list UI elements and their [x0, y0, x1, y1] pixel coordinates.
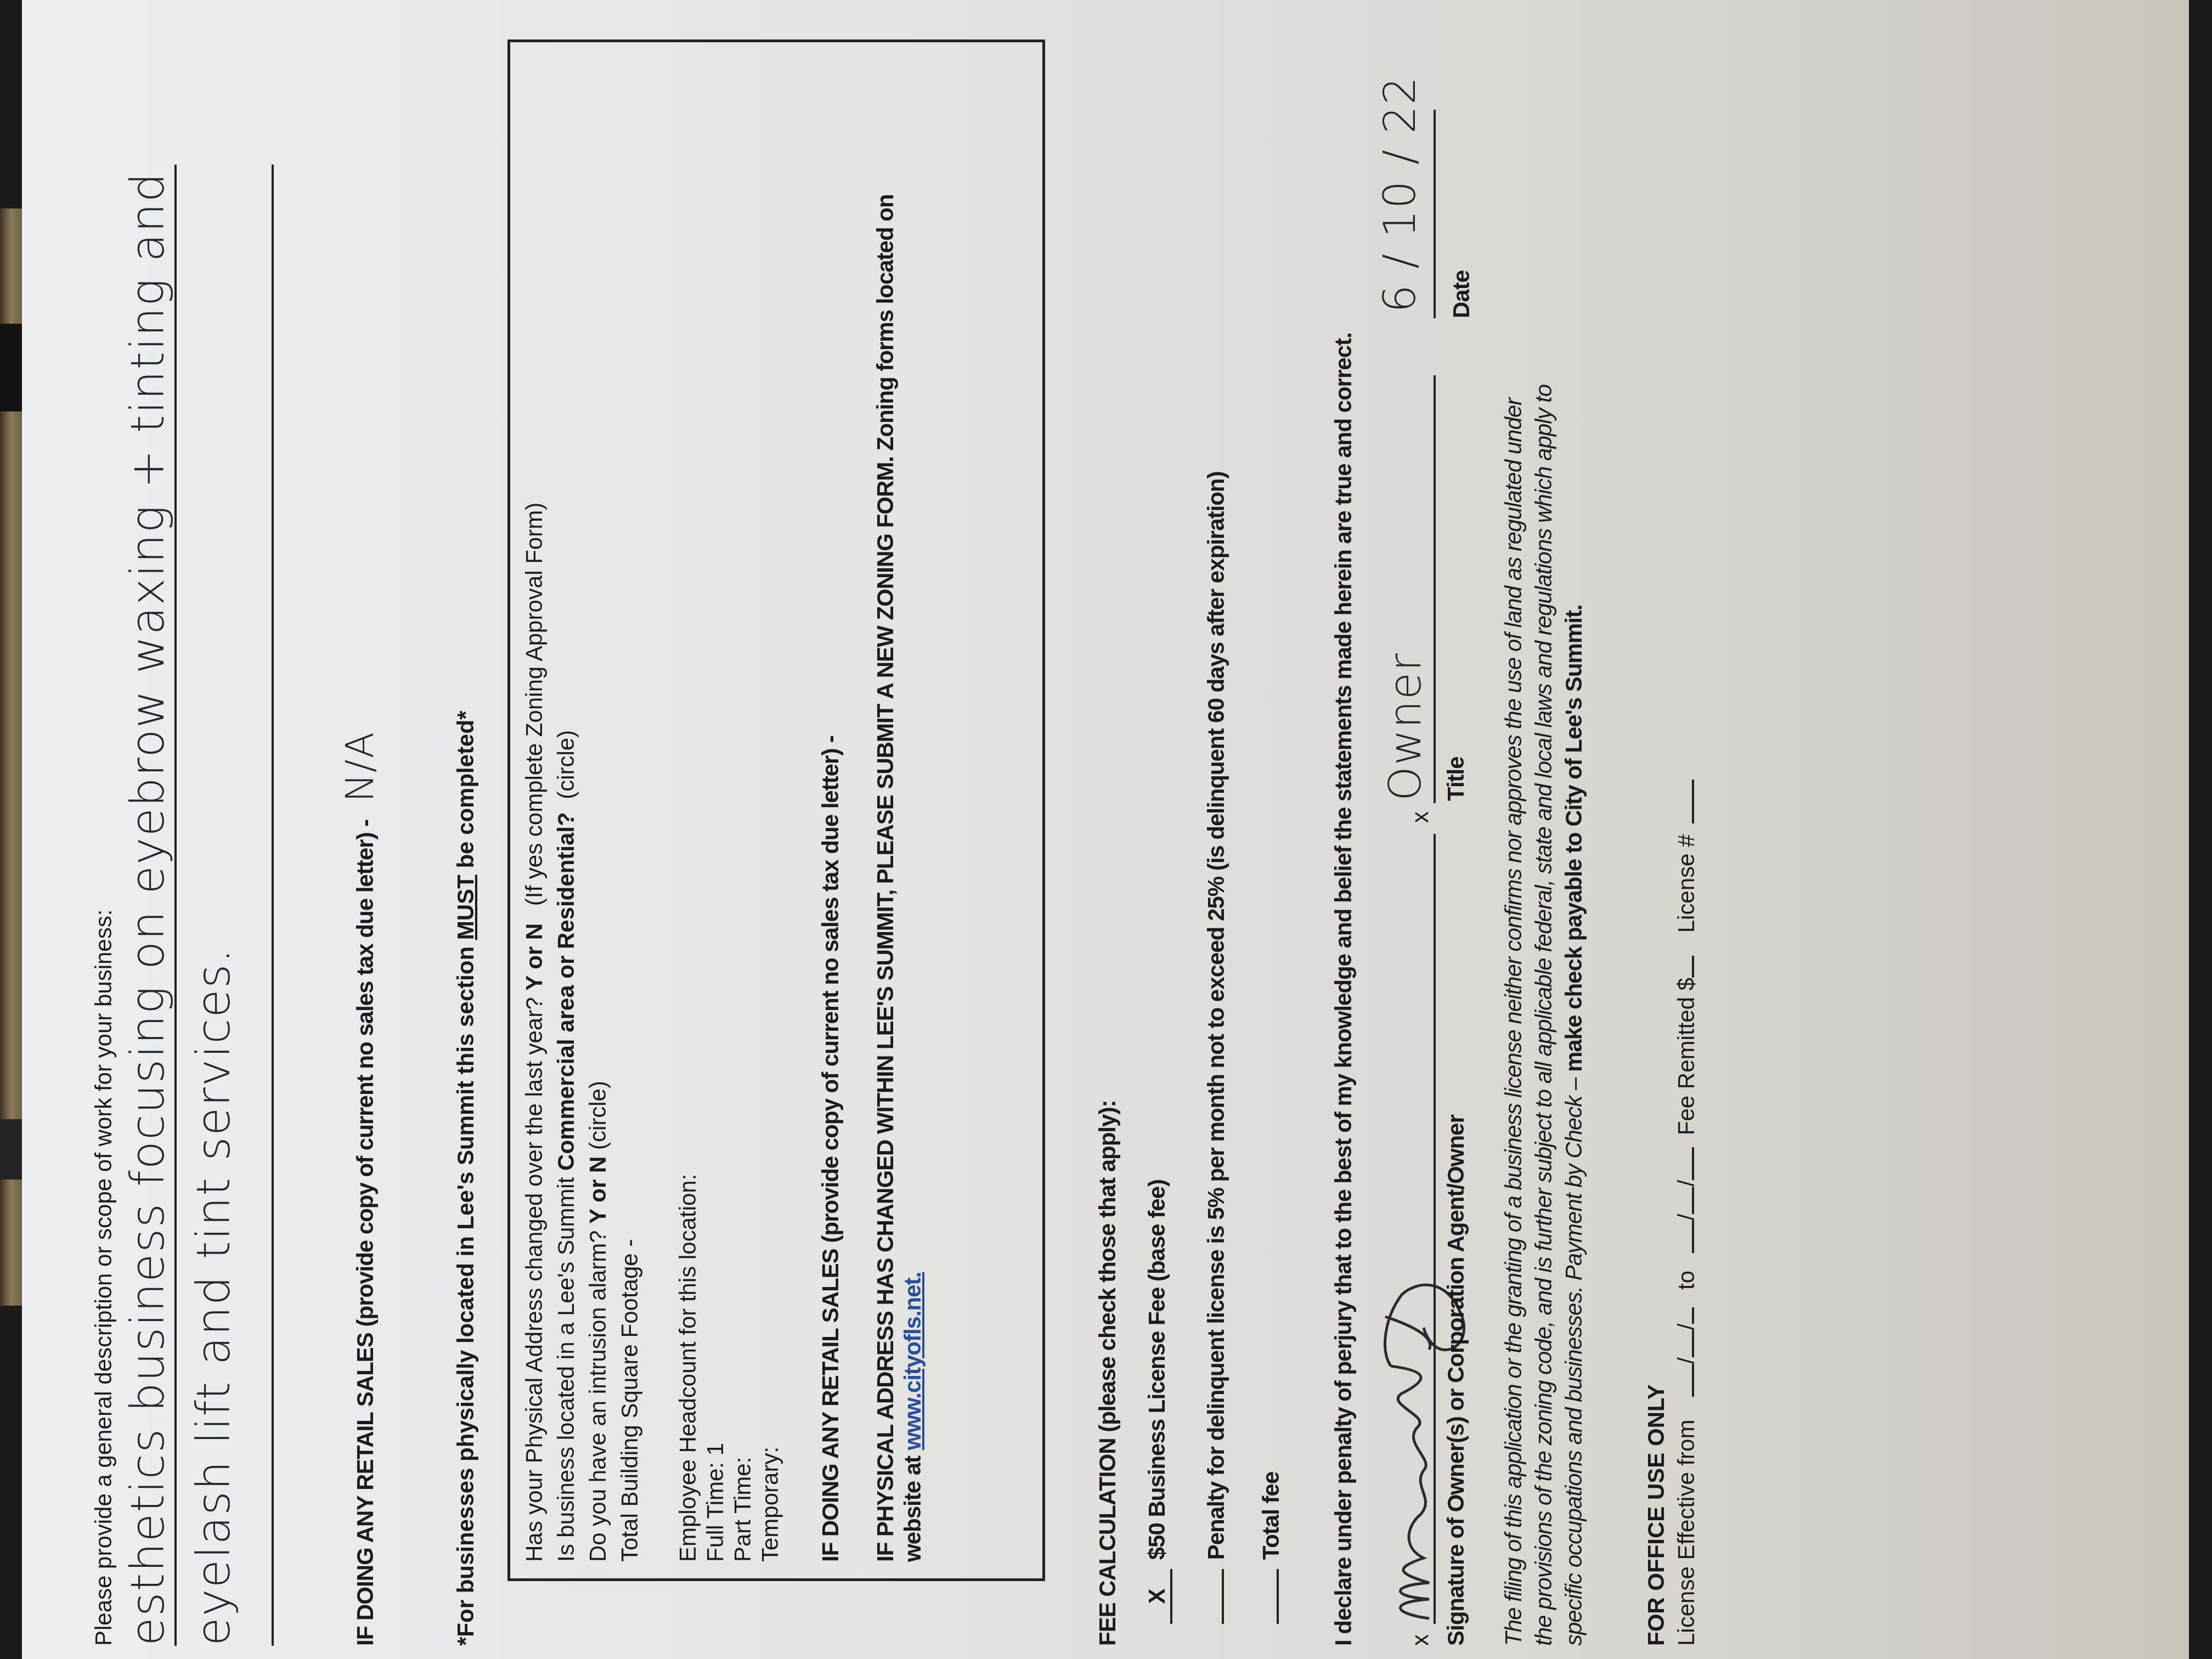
effective-to-year[interactable] [1692, 1147, 1694, 1180]
q-sqft[interactable]: Total Building Square Footage - [617, 1239, 643, 1562]
disclaimer-payee: make check payable to City of Lee's Summ… [1561, 605, 1587, 1072]
fee-remitted-field[interactable] [1692, 956, 1694, 978]
paper-sheet: Please provide a general description or … [22, 0, 2189, 1659]
disclaimer-line2: the provisions of the zoning code, and i… [1531, 385, 1557, 1646]
license-number-label: License # [1673, 834, 1699, 933]
disclaimer-line1: The filing of this application or the gr… [1500, 398, 1527, 1646]
disclaimer-line3: specific occupations and businesses. Pay… [1561, 605, 1587, 1646]
effective-to-day[interactable] [1692, 1187, 1694, 1214]
title-field[interactable]: x Owner [1380, 373, 1440, 823]
q-commercial: Is business located in a Lee's Summit Co… [553, 730, 579, 1562]
temporary-field[interactable]: Temporary: [757, 1447, 783, 1562]
description-prompt: Please provide a general description or … [91, 910, 117, 1646]
retail-sales-answer[interactable]: N/A [337, 731, 382, 802]
commercial-residential-choice[interactable]: Commercial area or Residential? [553, 812, 579, 1171]
date-sep: / [1673, 1180, 1699, 1187]
signature-x-mark: x [1407, 1634, 1434, 1646]
signature-label: Signature of Owner(s) or Corporation Age… [1443, 1115, 1469, 1646]
q-address-changed: Has your Physical Address changed over t… [521, 503, 548, 1562]
q-text: Is business located in a Lee's Summit [553, 1177, 579, 1562]
office-use-row: License Effective from // to // Fee Remi… [1673, 780, 1700, 1646]
physical-section-heading: *For businesses physically located in Le… [453, 711, 479, 1646]
effective-from-day[interactable] [1692, 1330, 1694, 1357]
disclaimer-payment-note: specific occupations and businesses. Pay… [1561, 1072, 1587, 1646]
q-alarm: Do you have an intrusion alarm? Y or N (… [585, 1081, 611, 1562]
date-sep: / [1673, 1357, 1699, 1364]
declaration-statement: I declare under penalty of perjury that … [1330, 332, 1357, 1646]
fee-penalty-label: Penalty for delinquent license is 5% per… [1203, 471, 1229, 1560]
part-time-field[interactable]: Part Time: [730, 1457, 756, 1562]
date-sep: / [1673, 1324, 1699, 1330]
description-answer-line1[interactable]: esthetics business focusing on eyebrow w… [121, 165, 177, 1646]
physical-location-box: Has your Physical Address changed over t… [507, 39, 1045, 1581]
fee-penalty-checkbox[interactable] [1199, 1569, 1224, 1624]
title-line [1434, 375, 1436, 803]
heading-prefix: *For businesses physically located in Le… [453, 940, 478, 1646]
fee-total-label: Total fee [1258, 1472, 1284, 1560]
description-extra-line [272, 165, 274, 1646]
fee-item-penalty: Penalty for delinquent license is 5% per… [1199, 471, 1229, 1624]
retail-sales-row: IF DOING ANY RETAIL SALES (provide copy … [337, 731, 382, 1646]
website-link[interactable]: www.cityofls.net. [900, 1272, 926, 1451]
title-label: Title [1443, 757, 1469, 801]
website-prefix: website at [900, 1450, 926, 1562]
date-sep: / [1673, 1214, 1699, 1221]
signature-field[interactable]: x [1380, 834, 1440, 1646]
office-use-heading: FOR OFFICE USE ONLY [1643, 1384, 1669, 1646]
q-text: Do you have an intrusion alarm? [585, 1230, 611, 1562]
date-field[interactable]: 6 / 10 / 22 [1374, 110, 1435, 318]
fee-calculation-heading: FEE CALCULATION (please check those that… [1094, 1101, 1121, 1646]
license-number-field[interactable] [1692, 780, 1694, 823]
business-license-form: Please provide a general description or … [91, 44, 2120, 1646]
zoning-notice-website-row: website at www.cityofls.net. [900, 1272, 926, 1562]
alarm-yn[interactable]: Y or N [585, 1156, 611, 1224]
title-x-mark: x [1407, 811, 1434, 823]
title-value: Owner [1380, 652, 1431, 801]
fee-base-checkbox[interactable]: X [1144, 1569, 1172, 1624]
heading-suffix: be completed* [453, 711, 478, 875]
zoning-notice: IF PHYSICAL ADDRESS HAS CHANGED WITHIN L… [872, 194, 899, 1562]
effective-to-month[interactable] [1692, 1220, 1694, 1253]
effective-from-year[interactable] [1692, 1307, 1694, 1324]
fee-total-checkbox[interactable] [1254, 1569, 1279, 1624]
q-text: Has your Physical Address changed over t… [521, 997, 547, 1562]
fee-item-total: Total fee [1254, 1472, 1284, 1624]
to-label: to [1673, 1271, 1699, 1290]
q-note: (circle) [585, 1081, 611, 1150]
q-note: (circle) [553, 730, 579, 799]
headcount-label: Employee Headcount for this location: [675, 1174, 701, 1562]
address-changed-yn[interactable]: Y or N [521, 923, 547, 991]
heading-emphasis: MUST [453, 874, 478, 940]
full-time-field[interactable]: Full Time: 1 [702, 1443, 729, 1562]
fee-item-base: X $50 Business License Fee (base fee) [1144, 1180, 1172, 1624]
fee-base-label: $50 Business License Fee (base fee) [1144, 1180, 1170, 1560]
date-label: Date [1448, 270, 1475, 318]
handwritten-signature [1369, 1130, 1495, 1624]
description-answer-line2[interactable]: eyelash lift and tint services. [187, 947, 240, 1646]
effective-from-month[interactable] [1692, 1364, 1694, 1397]
date-value: 6 / 10 / 22 [1374, 76, 1425, 313]
retail-sales-label: IF DOING ANY RETAIL SALES (provide copy … [352, 820, 378, 1646]
date-line [1434, 110, 1436, 318]
fee-remitted-label: Fee Remitted $ [1673, 978, 1699, 1135]
effective-from-label: License Effective from [1673, 1420, 1699, 1646]
retail-sales-2-label: IF DOING ANY RETAIL SALES (provide copy … [817, 736, 844, 1562]
q-note: (If yes complete Zoning Approval Form) [521, 503, 547, 906]
